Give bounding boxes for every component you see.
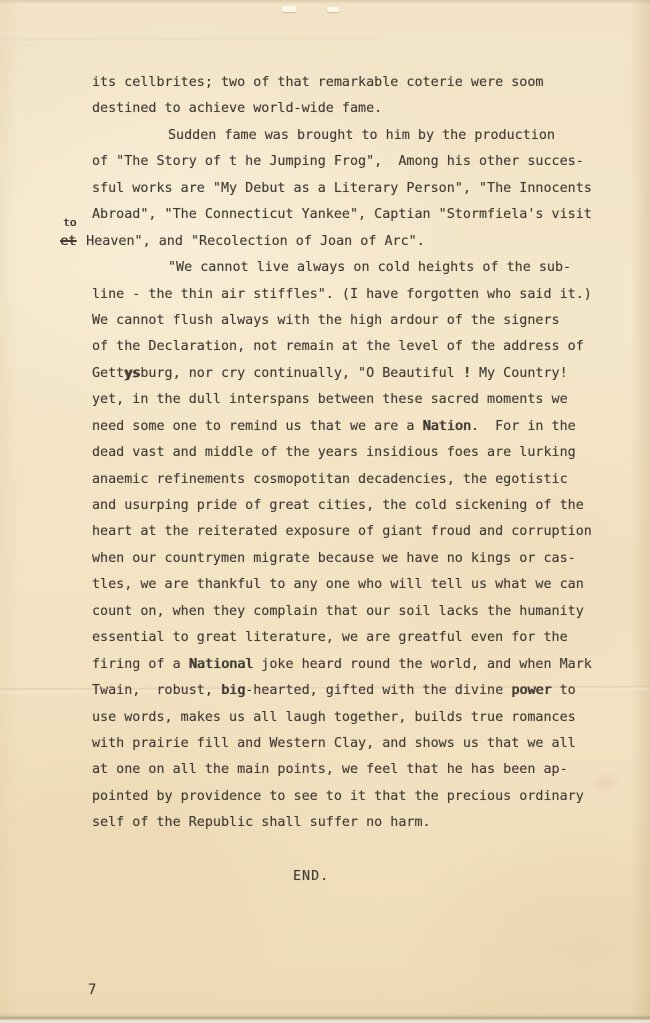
typed-line: Gettysburg, nor cry continually, "O Beau… — [92, 361, 612, 387]
typed-line: when our countrymen migrate because we h… — [92, 546, 612, 572]
typed-line: use words, makes us all laugh together, … — [92, 705, 612, 731]
overtyped-correction-word: ys — [124, 366, 140, 381]
typed-line: anaemic refinements cosmopotitan decaden… — [92, 467, 612, 493]
typed-line: count on, when they complain that our so… — [92, 599, 612, 625]
typed-text: firing of a — [92, 657, 189, 672]
paper-bottom-edge — [0, 1013, 650, 1023]
typed-text: Heaven", and "Recolection of Joan of Arc… — [78, 234, 425, 249]
correction-inserted-word: to — [63, 217, 76, 228]
paper-top-edge — [0, 0, 650, 4]
typed-line: toet Heaven", and "Recolection of Joan o… — [92, 229, 612, 255]
typed-line: its cellbrites; two of that remarkable c… — [92, 70, 612, 96]
typed-line: dead vast and middle of the years insidi… — [92, 440, 612, 466]
typed-text: need some one to remind us that we are a — [92, 419, 423, 434]
typed-line: and usurping pride of great cities, the … — [92, 493, 612, 519]
typed-line: self of the Republic shall suffer no har… — [92, 810, 612, 836]
typed-text: burg, nor cry continually, "O Beautiful — [140, 366, 462, 381]
typed-text: at one on all the main points, we feel t… — [92, 762, 568, 777]
typed-text: heart at the reiterated exposure of gian… — [92, 524, 592, 539]
typed-text: and usurping pride of great cities, the … — [92, 498, 584, 513]
typed-line: at one on all the main points, we feel t… — [92, 757, 612, 783]
typed-text: Twain, robust, — [92, 683, 221, 698]
overtyped-heavy-word: Nation — [423, 419, 471, 434]
typed-line: We cannot flush always with the high ard… — [92, 308, 612, 334]
typed-text: My Country! — [471, 366, 568, 381]
typed-text: use words, makes us all laugh together, … — [92, 710, 576, 725]
typed-text: Sudden fame was brought to him by the pr… — [168, 128, 555, 143]
typed-text: with prairie fill and Western Clay, and … — [92, 736, 576, 751]
typed-text: -hearted, gifted with the divine — [245, 683, 511, 698]
end-marker: END. — [293, 864, 329, 890]
typed-text: tles, we are thankful to any one who wil… — [92, 577, 584, 592]
typed-line: sful works are "My Debut as a Literary P… — [92, 176, 612, 202]
overtyped-heavy-word: ! — [463, 366, 471, 381]
typed-text: when our countrymen migrate because we h… — [92, 551, 576, 566]
typed-text: anaemic refinements cosmopotitan decaden… — [92, 472, 568, 487]
paper-speck — [327, 7, 339, 12]
typed-text: of the Declaration, not remain at the le… — [92, 339, 584, 354]
typed-text: dead vast and middle of the years insidi… — [92, 445, 576, 460]
typed-text: self of the Republic shall suffer no har… — [92, 815, 431, 830]
typed-text: of "The Story of t he Jumping Frog", Amo… — [92, 154, 584, 169]
document-page: its cellbrites; two of that remarkable c… — [0, 0, 650, 1023]
typed-text: to — [552, 683, 576, 698]
typed-text: Abroad", "The Connecticut Yankee", Capti… — [92, 207, 592, 222]
typed-text: joke heard round the world, and when Mar… — [253, 657, 592, 672]
overtyped-heavy-word: power — [511, 683, 551, 698]
typed-line: need some one to remind us that we are a… — [92, 414, 612, 440]
struck-out-word: et — [60, 234, 76, 249]
typed-line: yet, in the dull interspans between thes… — [92, 387, 612, 413]
typed-line: firing of a National joke heard round th… — [92, 652, 612, 678]
typed-line: Twain, robust, big-hearted, gifted with … — [92, 678, 612, 704]
typed-text: "We cannot live always on cold heights o… — [168, 260, 571, 275]
typed-line: essential to great literature, we are gr… — [92, 625, 612, 651]
typed-line: Abroad", "The Connecticut Yankee", Capti… — [92, 202, 612, 228]
overtyped-heavy-word: National — [189, 657, 254, 672]
typed-line: "We cannot live always on cold heights o… — [92, 255, 612, 281]
typed-line: line - the thin air stiffles". (I have f… — [92, 282, 612, 308]
typed-text: sful works are "My Debut as a Literary P… — [92, 181, 592, 196]
typed-text: . For in the — [471, 419, 576, 434]
typed-line: tles, we are thankful to any one who wil… — [92, 572, 612, 598]
typed-text: Gett — [92, 366, 124, 381]
handwritten-correction: toet — [60, 229, 76, 255]
typed-text: essential to great literature, we are gr… — [92, 630, 568, 645]
typed-text: destined to achieve world-wide fame. — [92, 101, 382, 116]
typed-text: pointed by providence to see to it that … — [92, 789, 584, 804]
typed-text: count on, when they complain that our so… — [92, 604, 584, 619]
typed-line: Sudden fame was brought to him by the pr… — [92, 123, 612, 149]
typed-text: its cellbrites; two of that remarkable c… — [92, 75, 543, 90]
typed-text: We cannot flush always with the high ard… — [92, 313, 560, 328]
overtyped-heavy-word: big — [221, 683, 245, 698]
typed-text: line - the thin air stiffles". (I have f… — [92, 287, 592, 302]
typed-line: of the Declaration, not remain at the le… — [92, 334, 612, 360]
typed-line: of "The Story of t he Jumping Frog", Amo… — [92, 149, 612, 175]
typed-line: with prairie fill and Western Clay, and … — [92, 731, 612, 757]
paper-speck — [282, 6, 296, 12]
typed-line: destined to achieve world-wide fame. — [92, 96, 612, 122]
paper-crease-top — [0, 37, 377, 42]
typed-line: pointed by providence to see to it that … — [92, 784, 612, 810]
typed-line: heart at the reiterated exposure of gian… — [92, 519, 612, 545]
page-number: 7 — [88, 982, 96, 998]
typed-text-block: its cellbrites; two of that remarkable c… — [92, 70, 612, 837]
typed-text: yet, in the dull interspans between thes… — [92, 392, 568, 407]
